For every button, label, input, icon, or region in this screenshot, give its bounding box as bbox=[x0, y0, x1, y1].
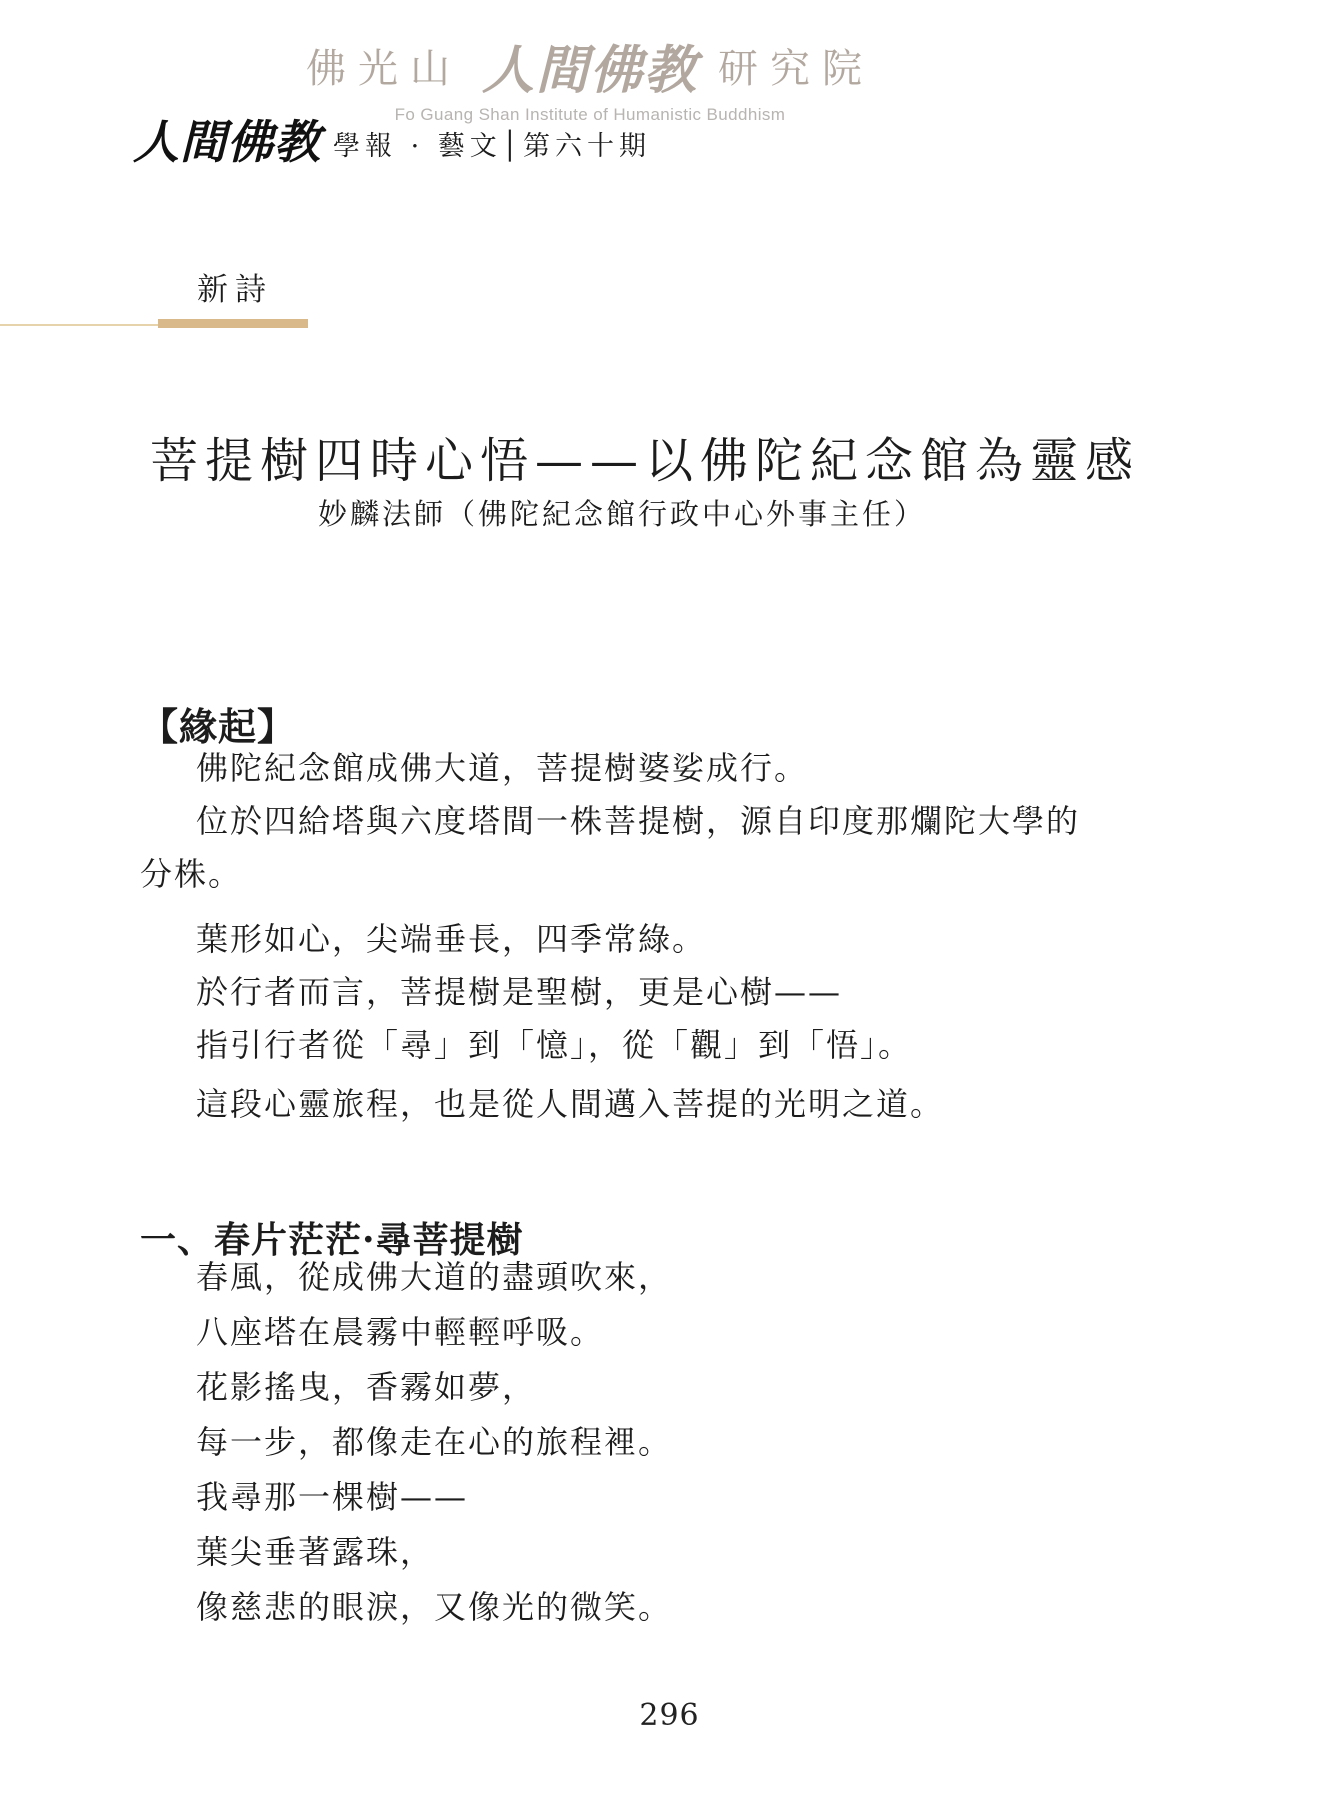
poem-line: 八座塔在晨霧中輕輕呼吸。 bbox=[140, 1305, 1140, 1360]
preface-line: 分株。 bbox=[140, 848, 1140, 901]
journal-page: { "masthead": { "logo_cn_left": "佛光山", "… bbox=[0, 0, 1339, 1812]
institute-logo-brand: 人間佛教 bbox=[482, 28, 698, 103]
section-label: 新詩 bbox=[197, 264, 273, 309]
poem-line: 葉尖垂著露珠， bbox=[140, 1525, 1140, 1580]
institute-logo: 佛光山 人間佛教 研究院 bbox=[240, 28, 940, 103]
stanza-block: 春風，從成佛大道的盡頭吹來， 八座塔在晨霧中輕輕呼吸。 花影搖曳，香霧如夢， 每… bbox=[140, 1250, 1140, 1635]
preface-line: 佛陀紀念館成佛大道，菩提樹婆娑成行。 bbox=[140, 742, 1140, 795]
institute-logo-right: 研究院 bbox=[718, 37, 874, 94]
poem-line: 花影搖曳，香霧如夢， bbox=[140, 1360, 1140, 1415]
poem-line: 春風，從成佛大道的盡頭吹來， bbox=[140, 1250, 1140, 1305]
page-number: 296 bbox=[0, 1698, 1339, 1733]
journal-brand-logo: 人間佛教 bbox=[133, 106, 321, 172]
poem-line: 每一步，都像走在心的旅程裡。 bbox=[140, 1415, 1140, 1470]
section-rule-accent bbox=[158, 319, 308, 328]
poem-line: 像慈悲的眼淚，又像光的微笑。 bbox=[140, 1580, 1140, 1635]
preface-line: 葉形如心，尖端垂長，四季常綠。 bbox=[140, 913, 1140, 966]
preface-block: 佛陀紀念館成佛大道，菩提樹婆娑成行。 位於四給塔與六度塔間一株菩提樹，源自印度那… bbox=[140, 742, 1140, 1131]
section-rule-thin bbox=[0, 324, 158, 326]
journal-edition-label: 學報 · 藝文│第六十期 bbox=[333, 124, 651, 163]
preface-line: 於行者而言，菩提樹是聖樹，更是心樹—— bbox=[140, 966, 1140, 1019]
preface-line: 指引行者從「尋」到「憶」，從「觀」到「悟」。 bbox=[140, 1019, 1140, 1072]
institute-logo-left: 佛光山 bbox=[306, 37, 462, 94]
article-title: 菩提樹四時心悟——以佛陀紀念館為靈感 bbox=[150, 422, 1140, 491]
preface-line: 這段心靈旅程，也是從人間邁入菩提的光明之道。 bbox=[140, 1078, 1140, 1131]
poem-line: 我尋那一棵樹—— bbox=[140, 1470, 1140, 1525]
journal-header: 人間佛教 學報 · 藝文│第六十期 bbox=[133, 106, 651, 172]
article-author: 妙麟法師（佛陀紀念館行政中心外事主任） bbox=[318, 492, 926, 533]
preface-line: 位於四給塔與六度塔間一株菩提樹，源自印度那爛陀大學的 bbox=[140, 795, 1140, 848]
